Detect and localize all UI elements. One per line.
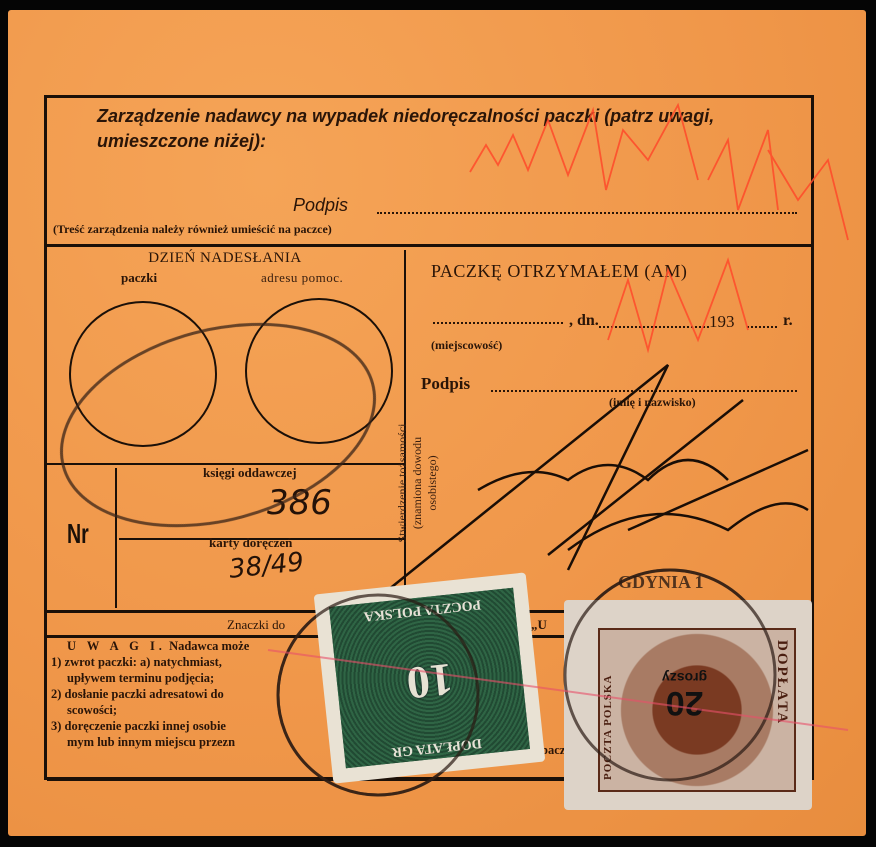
ledger-number-handwritten: 386 [267, 483, 332, 523]
sender-instruction-heading: Zarządzenie nadawcy na wypadek niedoręcz… [97, 104, 807, 154]
stamps-row-label: Znaczki do [227, 617, 285, 633]
date-line [599, 326, 709, 328]
dispatch-address-label: adresu pomoc. [261, 270, 343, 286]
stamp-postage-due-brown: POCZTA POLSKA DOPŁATA 20 groszy [564, 600, 812, 810]
ledger-label: księgi oddawczej [203, 465, 297, 481]
identity-confirmation-label: Stwierdzenie tożsamości (znamiona dowodu… [395, 398, 440, 568]
address-date-circle [245, 298, 393, 444]
name-hint: (imię i nazwisko) [609, 395, 696, 410]
place-line [433, 322, 563, 324]
year-suffix: r. [783, 312, 793, 330]
dispatch-parcel-label: paczki [121, 270, 157, 286]
year-prefix: 193 [709, 312, 735, 332]
stamp-postage-due-green: POCZTA POLSKA 10 DOPŁATA GR [314, 572, 546, 783]
parcel-card: Zarządzenie nadawcy na wypadek niedoręcz… [8, 10, 866, 836]
date-label: , dn. [569, 312, 599, 330]
nr-label: Nr [67, 518, 89, 550]
dispatch-day-heading: DZIEŃ NADESŁANIA [47, 250, 403, 267]
place-hint: (miejscowość) [431, 338, 502, 353]
receipt-signature-label: Podpis [421, 374, 470, 394]
divider [47, 778, 567, 781]
sender-instruction-note: (Treść zarządzenia należy również umieśc… [53, 222, 332, 237]
delivery-card-number-handwritten: 38/49 [228, 547, 306, 585]
sender-signature-label: Podpis [293, 195, 348, 216]
surcharge-overprint: 20 groszy [662, 670, 707, 720]
parcel-date-circle [69, 301, 217, 447]
notes-title: U W A G I. [67, 639, 166, 653]
receipt-heading: PACZKĘ OTRZYMAŁEM (AM) [431, 261, 687, 282]
receipt-signature-line [491, 390, 797, 392]
divider [115, 468, 117, 608]
sender-signature-line [377, 212, 797, 214]
divider [47, 244, 811, 247]
year-line [747, 326, 777, 328]
